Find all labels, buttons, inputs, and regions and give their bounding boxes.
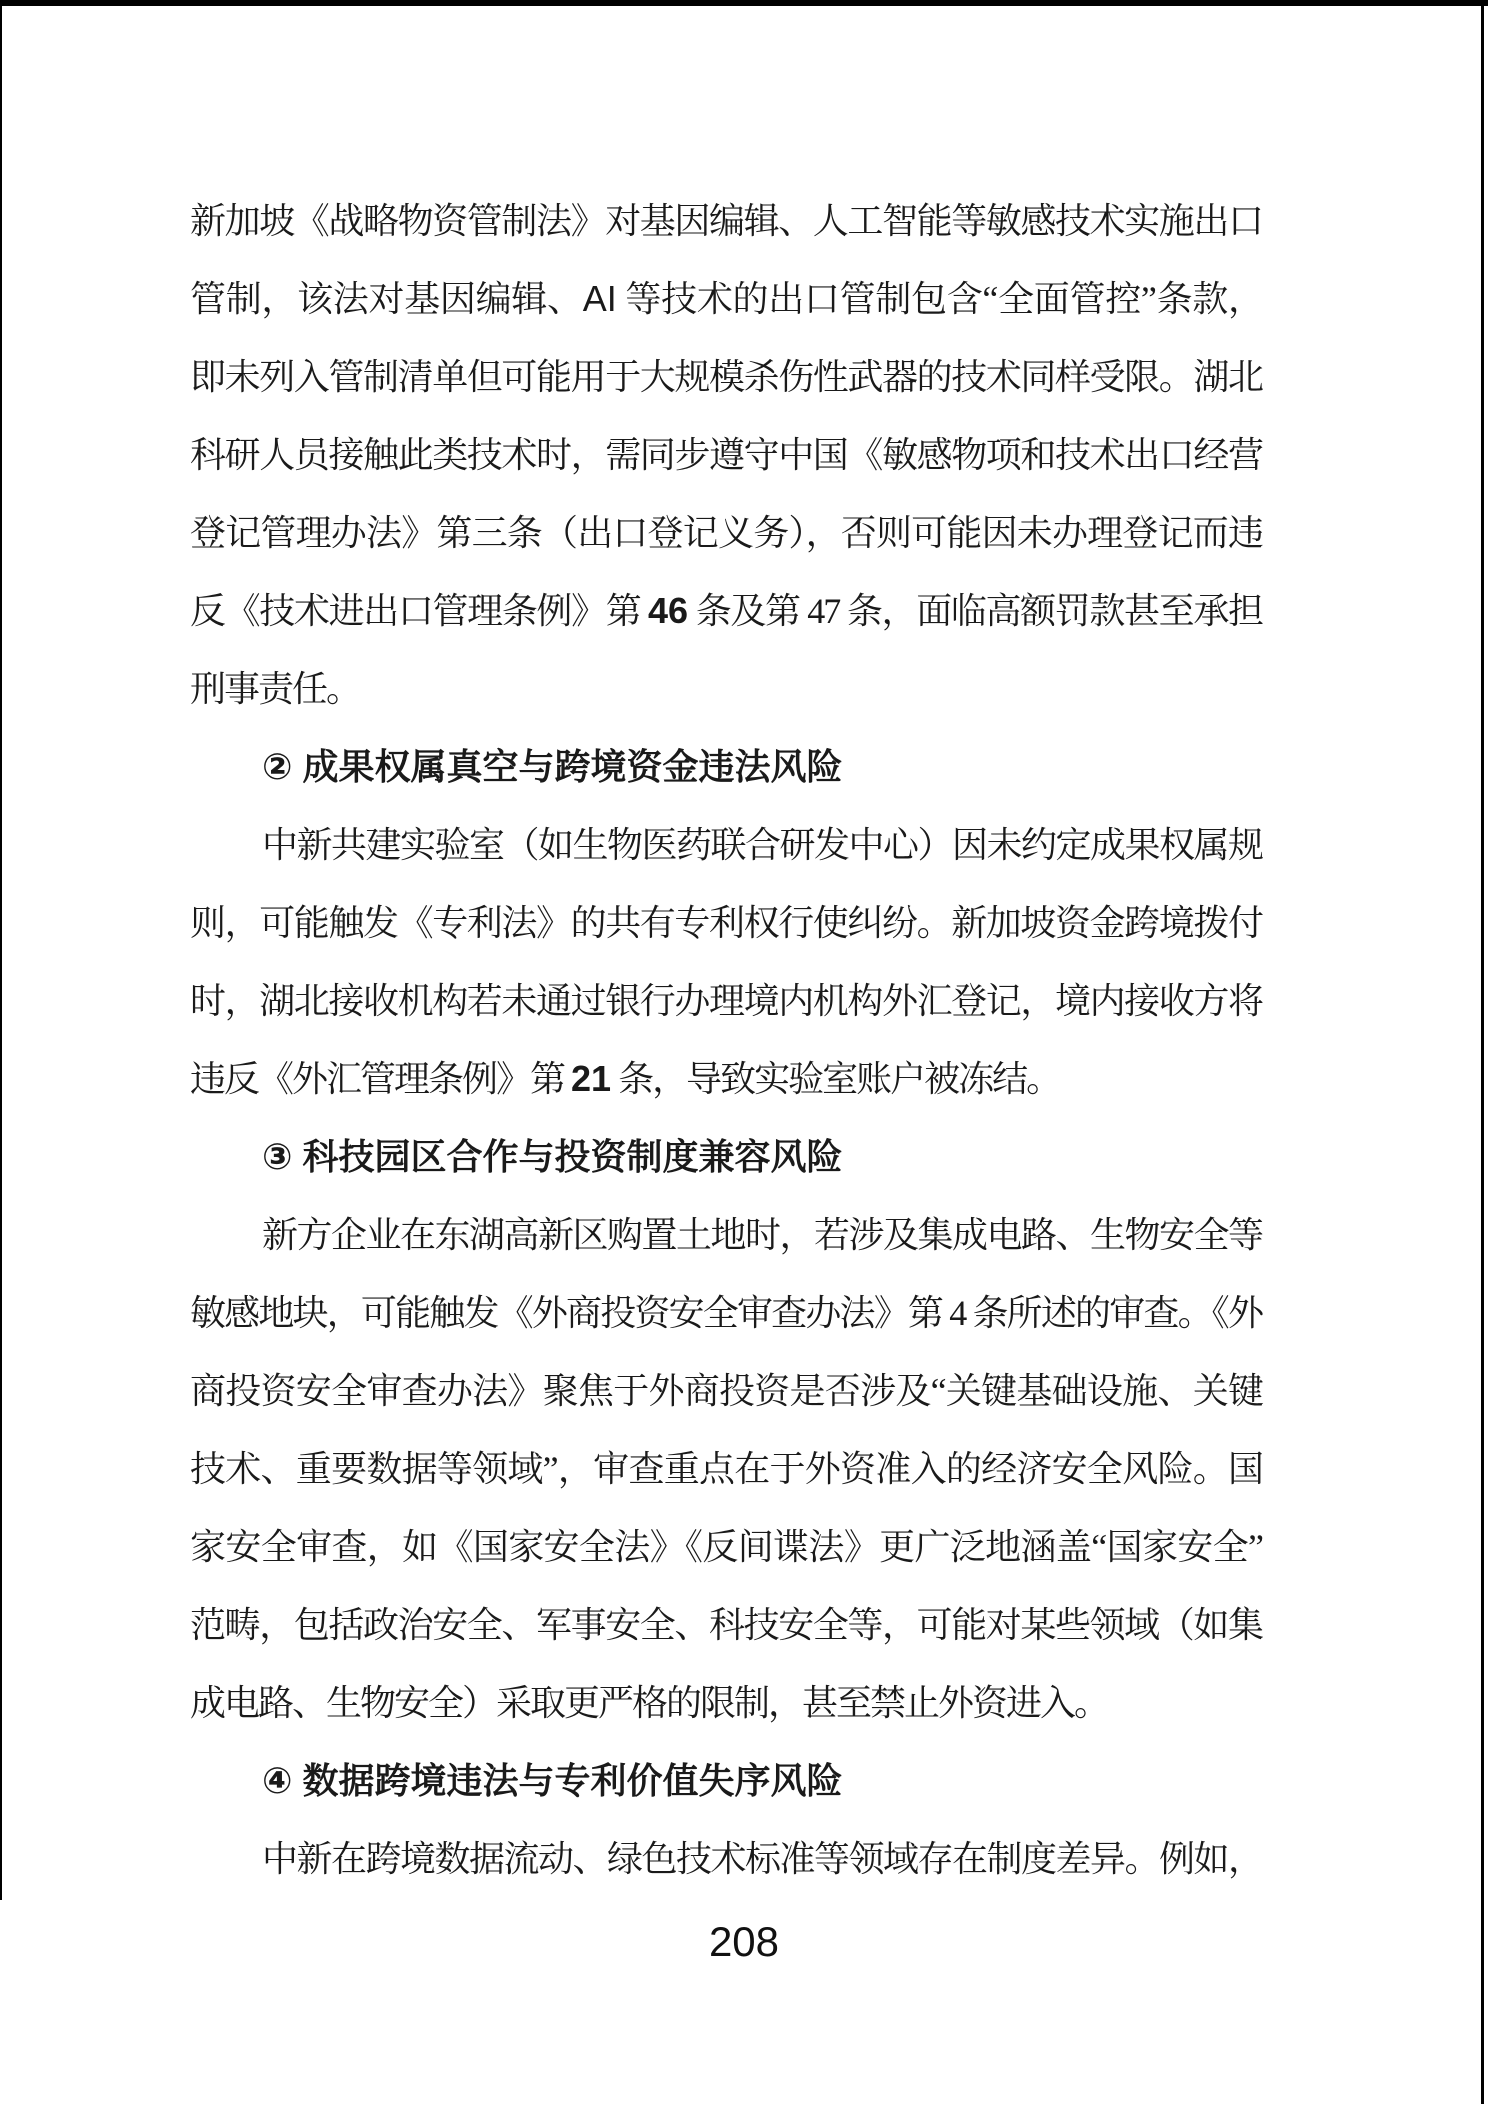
document-page: { "page": { "number": "208" }, "document…	[0, 0, 1488, 2104]
body-text-line: 时，湖北接收机构若未通过银行办理境内机构外汇登记，境内接收方将	[190, 962, 1262, 1040]
text-column: 新加坡《战略物资管制法》对基因编辑、人工智能等敏感技术实施出口管制，该法对基因编…	[190, 182, 1262, 1898]
section-heading: ④ 数据跨境违法与专利价值失序风险	[190, 1742, 1262, 1820]
body-text-line: 则，可能触发《专利法》的共有专利权行使纠纷。新加坡资金跨境拨付	[190, 884, 1262, 962]
text-segment: 家安全审查，如《国家安全法》《反间谍法》更广泛地涵盖“国家安全”	[190, 1527, 1262, 1567]
page-border-top	[0, 0, 1488, 6]
text-segment: 技术、重要数据等领域”，审查重点在于外资准入的经济安全风险。国	[190, 1449, 1262, 1489]
text-segment: ④ 数据跨境违法与专利价值失序风险	[262, 1760, 842, 1801]
page-number: 208	[0, 1912, 1488, 1972]
text-segment: 刑事责任。	[190, 669, 360, 709]
text-segment: 等技术的出口管制包含“全面管控”条款，	[617, 279, 1262, 319]
body-text-line: 技术、重要数据等领域”，审查重点在于外资准入的经济安全风险。国	[190, 1430, 1262, 1508]
text-segment: 范畴，包括政治安全、军事安全、科技安全等，可能对某些领域（如集	[190, 1605, 1262, 1645]
body-text-line: 即未列入管制清单但可能用于大规模杀伤性武器的技术同样受限。湖北	[190, 338, 1262, 416]
text-segment: 新方企业在东湖高新区购置土地时，若涉及集成电路、生物安全等	[262, 1215, 1262, 1255]
text-segment: 即未列入管制清单但可能用于大规模杀伤性武器的技术同样受限。湖北	[190, 357, 1262, 397]
body-text-line: 刑事责任。	[190, 650, 1262, 728]
text-segment: 条，导致实验室账户被冻结。	[611, 1059, 1060, 1099]
latin-sans-text: AI	[583, 278, 617, 319]
text-segment: ② 成果权属真空与跨境资金违法风险	[262, 746, 842, 787]
text-segment: 成电路、生物安全）采取更严格的限制，甚至禁止外资进入。	[190, 1683, 1108, 1723]
text-segment: 登记管理办法》第三条（出口登记义务），否则可能因未办理登记而违	[190, 513, 1262, 553]
text-segment: 管制，该法对基因编辑、	[190, 279, 583, 319]
text-segment: 科研人员接触此类技术时，需同步遵守中国《敏感物项和技术出口经营	[190, 435, 1262, 475]
text-segment: 则，可能触发《专利法》的共有专利权行使纠纷。新加坡资金跨境拨付	[190, 903, 1262, 943]
body-text-line: 反《技术进出口管理条例》第 46 条及第 47 条，面临高额罚款甚至承担	[190, 572, 1262, 650]
text-segment: ③ 科技园区合作与投资制度兼容风险	[262, 1136, 842, 1177]
page-border-right	[1481, 0, 1484, 2104]
body-text-line: 新加坡《战略物资管制法》对基因编辑、人工智能等敏感技术实施出口	[190, 182, 1262, 260]
article-number: 46	[648, 590, 688, 631]
text-segment: 新加坡《战略物资管制法》对基因编辑、人工智能等敏感技术实施出口	[190, 201, 1262, 241]
text-segment: 中新共建实验室（如生物医药联合研发中心）因未约定成果权属规	[262, 825, 1262, 865]
section-heading: ② 成果权属真空与跨境资金违法风险	[190, 728, 1262, 806]
body-text-line: 管制，该法对基因编辑、AI 等技术的出口管制包含“全面管控”条款，	[190, 260, 1262, 338]
body-text-line: 敏感地块，可能触发《外商投资安全审查办法》第 4 条所述的审查。《外	[190, 1274, 1262, 1352]
body-text-line: 成电路、生物安全）采取更严格的限制，甚至禁止外资进入。	[190, 1664, 1262, 1742]
text-segment: 条及第 47 条，面临高额罚款甚至承担	[688, 591, 1262, 631]
body-text-line: 违反《外汇管理条例》第 21 条，导致实验室账户被冻结。	[190, 1040, 1262, 1118]
body-text-line: 中新在跨境数据流动、绿色技术标准等领域存在制度差异。例如，	[190, 1820, 1262, 1898]
article-number: 21	[571, 1058, 611, 1099]
body-text-line: 范畴，包括政治安全、军事安全、科技安全等，可能对某些领域（如集	[190, 1586, 1262, 1664]
text-segment: 反《技术进出口管理条例》第	[190, 591, 648, 631]
text-segment: 时，湖北接收机构若未通过银行办理境内机构外汇登记，境内接收方将	[190, 981, 1262, 1021]
body-text-line: 新方企业在东湖高新区购置土地时，若涉及集成电路、生物安全等	[190, 1196, 1262, 1274]
text-segment: 中新在跨境数据流动、绿色技术标准等领域存在制度差异。例如，	[262, 1839, 1262, 1879]
body-text-line: 中新共建实验室（如生物医药联合研发中心）因未约定成果权属规	[190, 806, 1262, 884]
body-text-line: 科研人员接触此类技术时，需同步遵守中国《敏感物项和技术出口经营	[190, 416, 1262, 494]
section-heading: ③ 科技园区合作与投资制度兼容风险	[190, 1118, 1262, 1196]
body-text-line: 商投资安全审查办法》聚焦于外商投资是否涉及“关键基础设施、关键	[190, 1352, 1262, 1430]
page-border-left	[0, 0, 2, 1900]
body-text-line: 家安全审查，如《国家安全法》《反间谍法》更广泛地涵盖“国家安全”	[190, 1508, 1262, 1586]
body-text-line: 登记管理办法》第三条（出口登记义务），否则可能因未办理登记而违	[190, 494, 1262, 572]
text-segment: 违反《外汇管理条例》第	[190, 1059, 571, 1099]
text-segment: 商投资安全审查办法》聚焦于外商投资是否涉及“关键基础设施、关键	[190, 1371, 1262, 1411]
text-segment: 敏感地块，可能触发《外商投资安全审查办法》第 4 条所述的审查。《外	[190, 1293, 1262, 1333]
